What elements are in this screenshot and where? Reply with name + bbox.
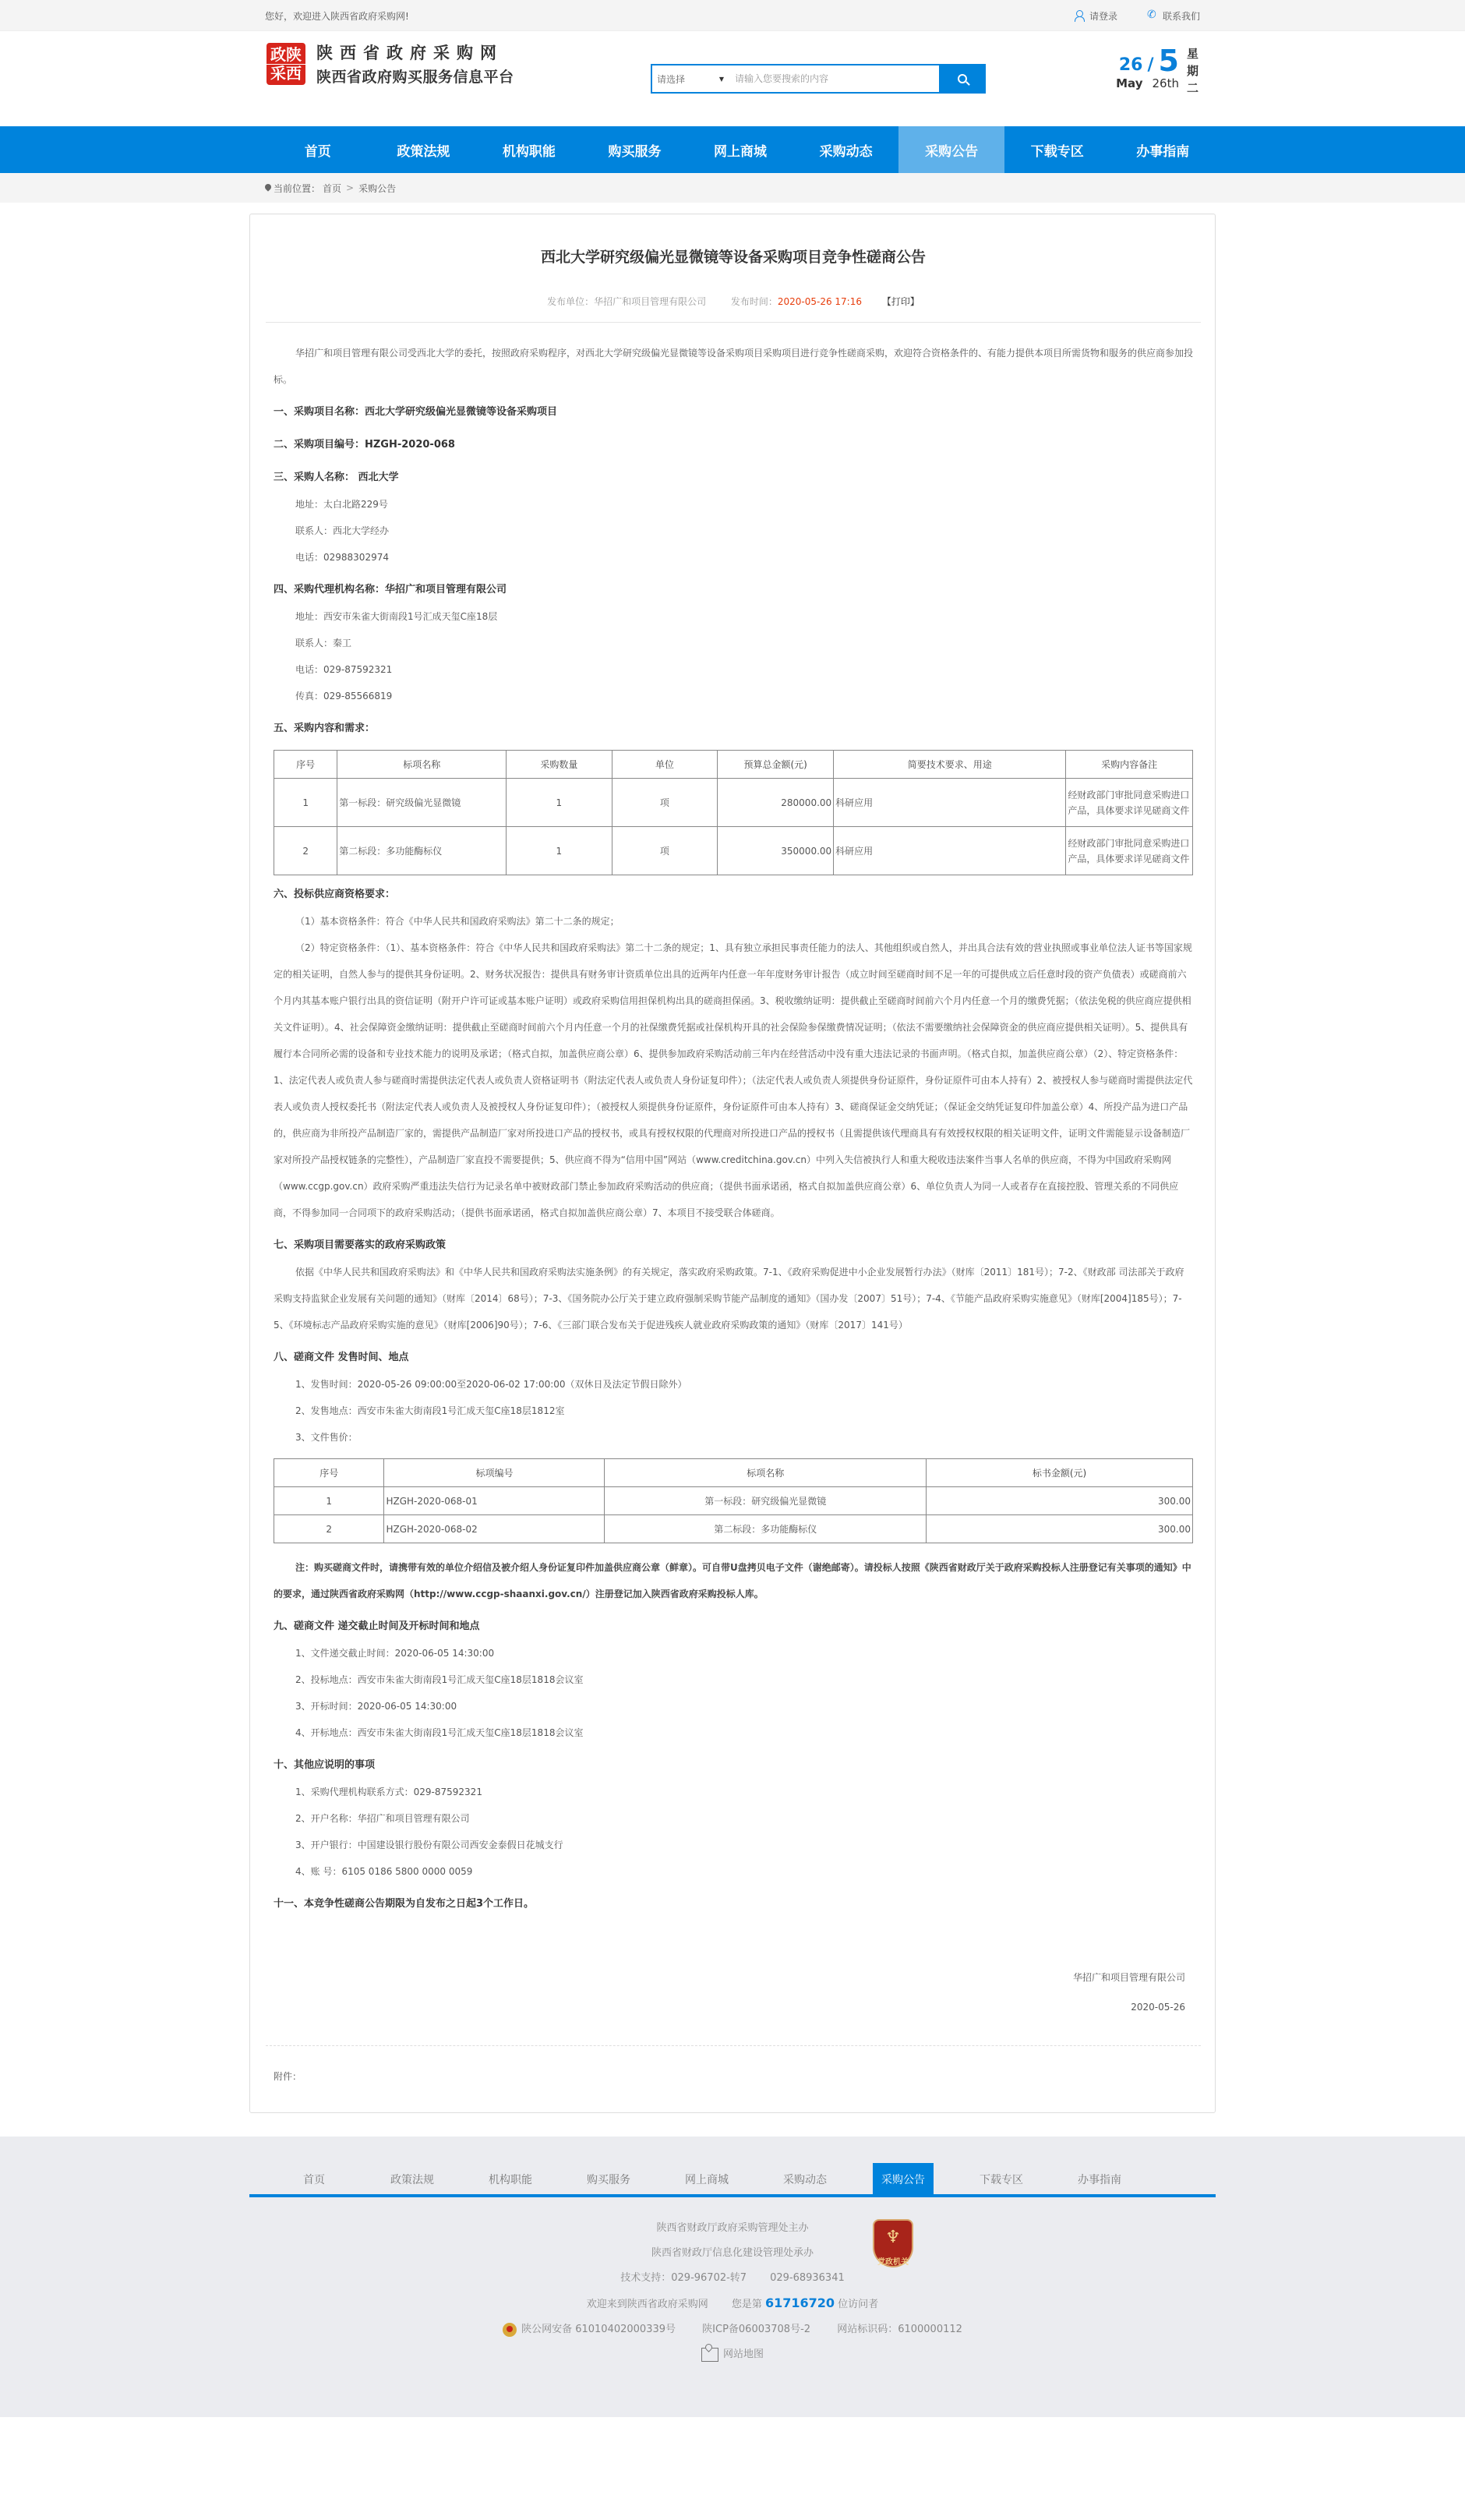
date-slash: /: [1147, 56, 1153, 75]
breadcrumb: 当前位置： 首页 > 采购公告: [0, 173, 1465, 203]
top-bar: 您好，欢迎进入陕西省政府采购网! 请登录 联系我们: [0, 0, 1465, 31]
footer-nav-item[interactable]: 采购公告: [873, 2163, 934, 2196]
list-item: 3、开户银行：中国建设银行股份有限公司西安金泰假日花城支行: [274, 1832, 1193, 1858]
seal-top-text: 政陕: [267, 45, 305, 64]
support-phone: 029-96702-转7: [671, 2272, 747, 2284]
table-header: 标书金额(元): [927, 1459, 1193, 1487]
time-label: 发布时间：: [731, 296, 778, 307]
table-header: 序号: [274, 1459, 384, 1487]
user-icon: [1074, 10, 1085, 21]
table-row: 1HZGH-2020-068-01第一标段：研究级偏光显微镜300.00: [274, 1487, 1193, 1515]
welcome-text: 您好，欢迎进入陕西省政府采购网!: [249, 9, 409, 23]
breadcrumb-current[interactable]: 采购公告: [358, 182, 396, 195]
intro-paragraph: 华招广和项目管理有限公司受西北大学的委托，按照政府采购程序，对西北大学研究级偏光…: [274, 340, 1193, 393]
table-row: 1第一标段：研究级偏光显微镜1项280000.00科研应用经财政部门审批同意采购…: [274, 779, 1193, 827]
header: 政陕 采西 陕西省政府采购网 陕西省政府购买服务信息平台 请选择 ▼ 26 / …: [0, 31, 1465, 126]
table-cell: HZGH-2020-068-02: [384, 1515, 605, 1543]
table-cell: 2: [274, 827, 337, 875]
badge-text: 党政机关: [877, 2258, 909, 2267]
logo-seal: 政陕 采西: [267, 43, 305, 85]
date-day-en: 26th: [1153, 76, 1179, 90]
weekday: 星 期 二: [1187, 45, 1198, 97]
section-heading: 一、采购项目名称：西北大学研究级偏光显微镜等设备采购项目: [274, 399, 1193, 426]
list-item: 1、发售时间：2020-05-26 09:00:00至2020-06-02 17…: [274, 1371, 1193, 1398]
nav-item[interactable]: 首页: [265, 126, 371, 173]
section-heading: 十、其他应说明的事项: [274, 1752, 1193, 1779]
footer: 首页政策法规机构职能购买服务网上商城采购动态采购公告下载专区办事指南 陕西省财政…: [0, 2137, 1465, 2417]
section-heading: 八、磋商文件 发售时间、地点: [274, 1345, 1193, 1371]
caret-down-icon: ▼: [719, 76, 724, 83]
agency-fax: 传真：029-85566819: [274, 683, 1193, 709]
footer-nav-item[interactable]: 首页: [265, 2163, 363, 2196]
attachments: 附件：: [266, 2045, 1201, 2112]
article-meta: 发布单位：华招广和项目管理有限公司 发布时间：2020-05-26 17:16 …: [266, 295, 1201, 323]
search-category-select[interactable]: 请选择 ▼: [652, 65, 730, 92]
visitor-prefix: 您是第: [732, 2299, 762, 2310]
section-heading: 六、投标供应商资格要求：: [274, 882, 1193, 908]
table-cell: 2: [274, 1515, 384, 1543]
search-icon: [958, 74, 967, 83]
footer-support: 技术支持：029-96702-转7029-68936341: [249, 2266, 1216, 2291]
phone-icon: [1147, 10, 1158, 21]
date-display: 26 / 5 May26th 星 期 二: [1116, 47, 1198, 97]
date-day: 26: [1119, 56, 1143, 75]
list-item: 4、账 号：6105 0186 5800 0000 0059: [274, 1858, 1193, 1885]
table-cell: 第一标段：研究级偏光显微镜: [337, 779, 507, 827]
table-header: 采购数量: [507, 751, 612, 779]
nav-item[interactable]: 政策法规: [371, 126, 477, 173]
main-nav: 首页政策法规机构职能购买服务网上商城采购动态采购公告下载专区办事指南: [0, 126, 1465, 173]
section-heading: 五、采购内容和需求：: [274, 716, 1193, 742]
print-button[interactable]: 【打印】: [882, 296, 920, 307]
nav-item[interactable]: 下载专区: [1004, 126, 1110, 173]
section-heading: 二、采购项目编号：HZGH-2020-068: [274, 432, 1193, 458]
map-icon: [701, 2348, 718, 2362]
login-label: 请登录: [1089, 9, 1117, 23]
table-row: 2第二标段：多功能酶标仪1项350000.00科研应用经财政部门审批同意采购进口…: [274, 827, 1193, 875]
agency-phone: 电话：029-87592321: [274, 656, 1193, 683]
weekday-char: 二: [1187, 80, 1198, 97]
purchase-note: 注：购买磋商文件时，请携带有效的单位介绍信及被介绍人身份证复印件加盖供应商公章（…: [274, 1554, 1193, 1607]
publisher-label: 发布单位：: [547, 296, 594, 307]
footer-nav-item[interactable]: 机构职能: [461, 2163, 560, 2196]
breadcrumb-separator: >: [346, 182, 354, 193]
table-cell: 第一标段：研究级偏光显微镜: [605, 1487, 927, 1515]
publish-time: 2020-05-26 17:16: [778, 296, 862, 307]
select-value: 请选择: [657, 72, 685, 86]
article-content: 华招广和项目管理有限公司受西北大学的委托，按照政府采购程序，对西北大学研究级偏光…: [266, 323, 1201, 2022]
site-code: 网站标识码：6100000112: [837, 2324, 962, 2335]
search-input[interactable]: [730, 65, 939, 92]
location-pin-icon: [265, 184, 271, 193]
section-heading: 十一、本竞争性磋商公告期限为自发布之日起3个工作日。: [274, 1891, 1193, 1917]
table-cell: 第二标段：多功能酶标仪: [337, 827, 507, 875]
site-subtitle: 陕西省政府购买服务信息平台: [316, 65, 514, 87]
login-link[interactable]: 请登录: [1074, 9, 1117, 23]
nav-item[interactable]: 办事指南: [1110, 126, 1216, 173]
attachment-label: 附件：: [274, 2071, 302, 2082]
visitor-suffix: 位访问者: [838, 2299, 878, 2310]
table-header: 标项名称: [337, 751, 507, 779]
footer-nav-item[interactable]: 购买服务: [560, 2163, 658, 2196]
policy-paragraph: 依据《中华人民共和国政府采购法》和《中华人民共和国政府采购法实施条例》的有关规定…: [274, 1259, 1193, 1338]
section-heading: 四、采购代理机构名称：华招广和项目管理有限公司: [274, 577, 1193, 603]
table-header: 简要技术要求、用途: [834, 751, 1066, 779]
site-name: 陕西省政府采购网: [316, 41, 514, 64]
table-cell: 科研应用: [834, 779, 1066, 827]
nav-item[interactable]: 购买服务: [582, 126, 688, 173]
table-header: 采购内容备注: [1066, 751, 1193, 779]
qualification-basic: （1）基本资格条件：符合《中华人民共和国政府采购法》第二十二条的规定；: [274, 908, 1193, 935]
footer-operator: 陕西省财政厅信息化建设管理处承办: [249, 2241, 1216, 2266]
sitemap-link[interactable]: 网站地图: [249, 2342, 1216, 2367]
table-header: 标项名称: [605, 1459, 927, 1487]
list-item: 3、文件售价：: [274, 1424, 1193, 1451]
article-panel: 西北大学研究级偏光显微镜等设备采购项目竞争性磋商公告 发布单位：华招广和项目管理…: [249, 214, 1216, 2113]
footer-host: 陕西省财政厅政府采购管理处主办: [249, 2216, 1216, 2241]
table-cell: 第二标段：多功能酶标仪: [605, 1515, 927, 1543]
welcome-text: 欢迎来到陕西省政府采购网: [587, 2299, 708, 2310]
list-item: 2、投标地点：西安市朱雀大街南段1号汇成天玺C座18层1818会议室: [274, 1666, 1193, 1693]
date-month-en: May: [1116, 76, 1142, 90]
footer-nav-item[interactable]: 政策法规: [363, 2163, 461, 2196]
table-header: 标项编号: [384, 1459, 605, 1487]
table-header: 单位: [612, 751, 718, 779]
table-row: 2HZGH-2020-068-02第二标段：多功能酶标仪300.00: [274, 1515, 1193, 1543]
search-bar: 请选择 ▼: [651, 64, 986, 94]
table-cell: 1: [507, 827, 612, 875]
search-button[interactable]: [939, 64, 986, 94]
contact-label: 联系我们: [1163, 9, 1200, 23]
list-item: 2、开户名称：华招广和项目管理有限公司: [274, 1805, 1193, 1832]
support-phone: 029-68936341: [770, 2272, 845, 2284]
breadcrumb-home[interactable]: 首页: [323, 182, 341, 195]
table-cell: 1: [507, 779, 612, 827]
purchaser-phone: 电话：02988302974: [274, 544, 1193, 571]
table-cell: 280000.00: [718, 779, 834, 827]
table-header: 序号: [274, 751, 337, 779]
police-record-link[interactable]: 陕公网安备 61010402000339号: [521, 2324, 676, 2335]
seal-bottom-text: 采西: [267, 64, 305, 83]
site-logo[interactable]: 政陕 采西 陕西省政府采购网 陕西省政府购买服务信息平台: [267, 41, 514, 87]
weekday-char: 期: [1187, 62, 1198, 80]
party-agency-badge[interactable]: 党政机关: [873, 2219, 913, 2267]
list-item: 1、文件递交截止时间：2020-06-05 14:30:00: [274, 1640, 1193, 1666]
section-heading: 七、采购项目需要落实的政府采购政策: [274, 1232, 1193, 1259]
footer-nav-item[interactable]: 办事指南: [1050, 2163, 1149, 2196]
footer-nav-item[interactable]: 下载专区: [952, 2163, 1050, 2196]
procurement-items-table: 序号标项名称采购数量单位预算总金额(元)简要技术要求、用途采购内容备注 1第一标…: [274, 750, 1193, 875]
footer-records: 陕公网安备 61010402000339号 陕ICP备06003708号-2 网…: [249, 2317, 1216, 2342]
table-cell: 项: [612, 779, 718, 827]
section-heading: 九、磋商文件 递交截止时间及开标时间和地点: [274, 1613, 1193, 1640]
nav-item[interactable]: 采购公告: [898, 126, 1004, 173]
purchaser-contact: 联系人：西北大学经办: [274, 518, 1193, 544]
table-cell: 项: [612, 827, 718, 875]
agency-address: 地址：西安市朱雀大街南段1号汇成天玺C座18层: [274, 603, 1193, 630]
list-item: 4、开标地点：西安市朱雀大街南段1号汇成天玺C座18层1818会议室: [274, 1719, 1193, 1746]
signature-date: 2020-05-26: [274, 1992, 1185, 2022]
icp-link[interactable]: 陕ICP备06003708号-2: [702, 2324, 810, 2335]
list-item: 2、发售地点：西安市朱雀大街南段1号汇成天玺C座18层1812室: [274, 1398, 1193, 1424]
table-cell: 经财政部门审批同意采购进口产品，具体要求详见磋商文件: [1066, 779, 1193, 827]
breadcrumb-label: 当前位置：: [274, 182, 320, 195]
contact-link[interactable]: 联系我们: [1147, 9, 1200, 23]
purchaser-address: 地址：太白北路229号: [274, 491, 1193, 518]
visitor-counter: 欢迎来到陕西省政府采购网您是第 61716720 位访问者: [249, 2291, 1216, 2317]
support-label: 技术支持：: [620, 2272, 671, 2284]
footer-nav: 首页政策法规机构职能购买服务网上商城采购动态采购公告下载专区办事指南: [249, 2163, 1216, 2197]
footer-nav-item[interactable]: 网上商城: [658, 2163, 756, 2196]
weekday-char: 星: [1187, 45, 1198, 62]
table-cell: 1: [274, 779, 337, 827]
list-item: 3、开标时间：2020-06-05 14:30:00: [274, 1693, 1193, 1719]
table-cell: HZGH-2020-068-01: [384, 1487, 605, 1515]
nav-item[interactable]: 机构职能: [476, 126, 582, 173]
article-title: 西北大学研究级偏光显微镜等设备采购项目竞争性磋商公告: [266, 214, 1201, 267]
table-header: 预算总金额(元): [718, 751, 834, 779]
footer-nav-item[interactable]: 采购动态: [756, 2163, 854, 2196]
document-price-table: 序号标项编号标项名称标书金额(元) 1HZGH-2020-068-01第一标段：…: [274, 1458, 1193, 1543]
table-cell: 科研应用: [834, 827, 1066, 875]
date-month: 5: [1159, 47, 1179, 75]
agency-contact: 联系人：秦工: [274, 630, 1193, 656]
table-cell: 300.00: [927, 1515, 1193, 1543]
police-emblem-icon: [503, 2323, 517, 2337]
table-cell: 经财政部门审批同意采购进口产品，具体要求详见磋商文件: [1066, 827, 1193, 875]
table-cell: 350000.00: [718, 827, 834, 875]
table-cell: 300.00: [927, 1487, 1193, 1515]
qualification-specific: （2）特定资格条件：（1）、基本资格条件：符合《中华人民共和国政府采购法》第二十…: [274, 935, 1193, 1226]
sitemap-label: 网站地图: [723, 2349, 764, 2360]
list-item: 1、采购代理机构联系方式：029-87592321: [274, 1779, 1193, 1805]
signature-company: 华招广和项目管理有限公司: [274, 1963, 1185, 1992]
visitor-count: 61716720: [765, 2296, 835, 2310]
nav-item[interactable]: 采购动态: [793, 126, 899, 173]
publisher: 华招广和项目管理有限公司: [594, 296, 706, 307]
section-heading: 三、采购人名称： 西北大学: [274, 465, 1193, 491]
nav-item[interactable]: 网上商城: [687, 126, 793, 173]
table-cell: 1: [274, 1487, 384, 1515]
